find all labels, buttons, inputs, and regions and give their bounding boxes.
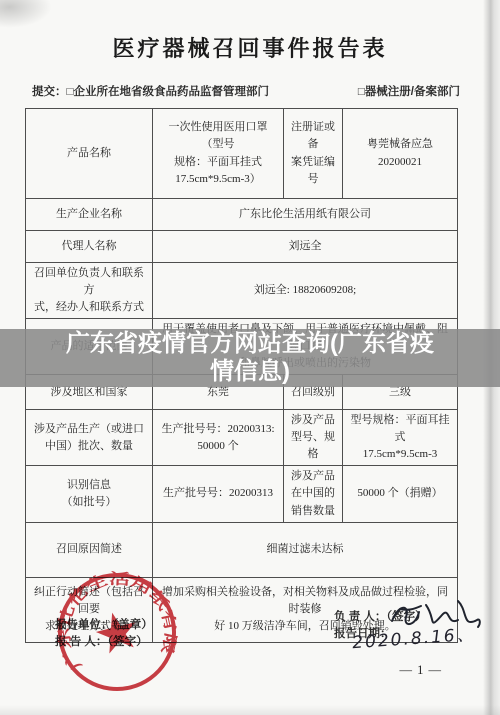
label-product-name: 产品名称 (26, 109, 153, 199)
watermark-overlay: 广东省疫情官方网站查询(广东省疫 情信息) (0, 329, 500, 387)
label-involved-model: 涉及产品 型号、规 格 (284, 410, 343, 466)
label-identification-info: 识别信息 （如批号） (26, 466, 153, 522)
label-china-sales-qty: 涉及产品 在中国的 销售数量 (284, 466, 343, 522)
scan-smudge-artifact (0, 0, 52, 28)
label-recall-contact: 召回单位负责人和联系方 式，经办人和联系方式 (26, 263, 153, 319)
submit-option-provincial: 提交：□企业所在地省级食品药品监督管理部门 (32, 83, 269, 99)
label-agent: 代理人名称 (26, 231, 153, 263)
value-product-name: 一次性使用医用口罩（型号 规格：平面耳挂式 17.5cm*9.5cm-3） (153, 109, 284, 199)
page-title: 医疗器械召回事件报告表 (0, 32, 500, 63)
table-row: 产品名称 一次性使用医用口罩（型号 规格：平面耳挂式 17.5cm*9.5cm-… (26, 109, 458, 199)
submit-option-registration: □器械注册/备案部门 (358, 83, 460, 99)
value-production-batches: 生产批号号：20200313: 50000 个 (153, 410, 284, 466)
submit-line: 提交：□企业所在地省级食品药品监督管理部门 □器械注册/备案部门 (32, 83, 460, 99)
stamp-star-icon (92, 608, 141, 656)
label-production-batches: 涉及产品生产（或进口 中国）批次、数量 (26, 410, 153, 466)
value-recall-contact: 刘远全: 18820609208; (153, 263, 458, 319)
value-manufacturer: 广东比伦生活用纸有限公司 (153, 199, 458, 231)
scanned-report-page: 医疗器械召回事件报告表 提交：□企业所在地省级食品药品监督管理部门 □器械注册/… (0, 0, 500, 715)
table-row: 代理人名称 刘远全 (26, 231, 458, 263)
table-row: 生产企业名称 广东比伦生活用纸有限公司 (26, 199, 458, 231)
table-row: 召回原因简述 细菌过滤未达标 (26, 522, 458, 577)
value-agent: 刘远全 (153, 231, 458, 263)
value-china-sales-qty: 50000 个（捐赠） (343, 466, 458, 522)
page-number: — 1 — (400, 663, 443, 678)
value-involved-model: 型号规格：平面耳挂式 17.5cm*9.5cm-3 (343, 410, 458, 466)
label-registration-no: 注册证或备 案凭证编号 (284, 109, 343, 199)
value-recall-reason: 细菌过滤未达标 (153, 522, 458, 577)
table-row: 识别信息 （如批号） 生产批号号：20200313 涉及产品 在中国的 销售数量… (26, 466, 458, 522)
table-row: 涉及产品生产（或进口 中国）批次、数量 生产批号号：20200313: 5000… (26, 410, 458, 466)
value-identification-info: 生产批号号：20200313 (153, 466, 284, 522)
table-row: 召回单位负责人和联系方 式，经办人和联系方式 刘远全: 18820609208; (26, 263, 458, 319)
label-manufacturer: 生产企业名称 (26, 199, 153, 231)
value-registration-no: 粤莞械备应急 20200021 (343, 109, 458, 199)
